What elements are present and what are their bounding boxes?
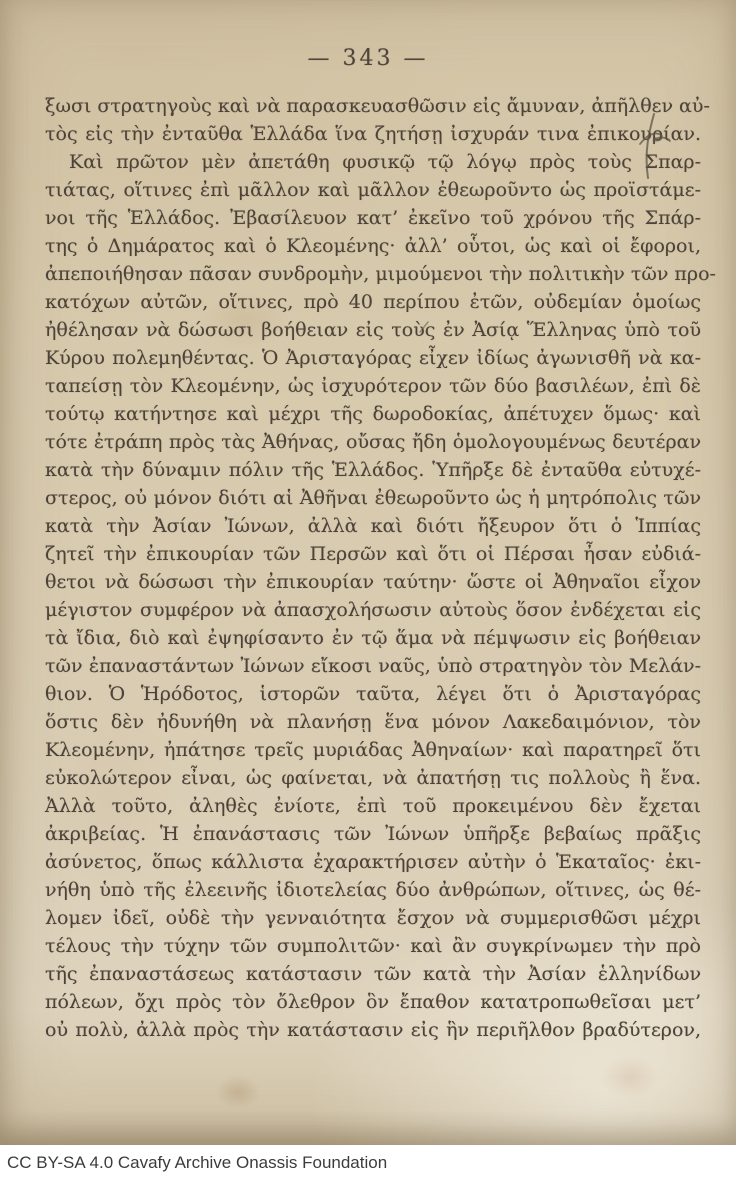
scanned-page: — 343 — ξωσι στρατηγοὺς καὶ νὰ παρασκευα… bbox=[0, 0, 736, 1145]
text-line: κατὰ τὴν δύναμιν πόλιν τῆς Ἑλλάδος. Ὑπῆρ… bbox=[45, 456, 701, 484]
text-line: Κύρου πολεμηθέντας. Ὁ Ἀρισταγόρας εἶχεν … bbox=[45, 344, 701, 372]
text-line: κατὰ τὴν Ἀσίαν Ἰώνων, ἀλλὰ καὶ διότι ἤξε… bbox=[45, 512, 701, 540]
text-line: Καὶ πρῶτον μὲν ἀπετάθη φυσικῷ τῷ λόγῳ πρ… bbox=[45, 148, 701, 176]
paper-stain bbox=[215, 1075, 261, 1109]
text-line: τιάτας, οἵτινες ἐπὶ μᾶλλον καὶ μᾶλλον ἐθ… bbox=[45, 176, 701, 204]
text-line: νοι τῆς Ἑλλάδος. Ἐβασίλευον κατ’ ἐκεῖνο … bbox=[45, 204, 701, 232]
text-line: ἀπεποιήθησαν πᾶσαν συνδρομὴν, μιμούμενοι… bbox=[45, 260, 701, 288]
paper-stain bbox=[600, 1055, 660, 1099]
page-number: — 343 — bbox=[0, 46, 736, 71]
text-line: τέλους τὴν τύχην τῶν συμπολιτῶν· καὶ ἂν … bbox=[45, 932, 701, 960]
text-line: ζητεῖ τὴν ἐπικουρίαν τῶν Περσῶν καὶ ὅτι … bbox=[45, 540, 701, 568]
text-line: πόλεων, ὄχι πρὸς τὸν ὄλεθρον ὃν ἔπαθον κ… bbox=[45, 988, 701, 1016]
text-line: στερος, οὐ μόνον διότι αἱ Ἀθῆναι ἐθεωροῦ… bbox=[45, 484, 701, 512]
text-line: της ὁ Δημάρατος καὶ ὁ Κλεομένης· ἀλλ’ οὗ… bbox=[45, 232, 701, 260]
text-line: Κλεομένην, ἠπάτησε τρεῖς μυριάδας Ἀθηναί… bbox=[45, 736, 701, 764]
text-line: θετοι νὰ δώσωσι τὴν ἐπικουρίαν ταύτην· ὥ… bbox=[45, 568, 701, 596]
text-line: ἠθέλησαν νὰ δώσωσι βοήθειαν εἰς τοὺς ἐν … bbox=[45, 316, 701, 344]
text-line: λομεν ἰδεῖ, οὐδὲ τὴν γενναιότητα ἔσχον ν… bbox=[45, 904, 701, 932]
text-line: ἀσύνετος, ὅπως κάλλιστα ἐχαρακτήρισεν αὐ… bbox=[45, 848, 701, 876]
text-line: τῆς ἐπαναστάσεως κατάστασιν τῶν κατὰ τὴν… bbox=[45, 960, 701, 988]
text-line: Ἀλλὰ τοῦτο, ἀληθὲς ἐνίοτε, ἐπὶ τοῦ προκε… bbox=[45, 792, 701, 820]
text-line: οὐ πολὺ, ἀλλὰ πρὸς τὴν κατάστασιν εἰς ἣν… bbox=[45, 1016, 701, 1044]
license-text: CC BY-SA 4.0 Cavafy Archive Onassis Foun… bbox=[0, 1153, 387, 1173]
text-line: τὰ ἴδια, διὸ καὶ ἐψηφίσαντο ἐν τῷ ἅμα νὰ… bbox=[45, 624, 701, 652]
text-line: τὸς εἰς τὴν ἐνταῦθα Ἑλλάδα ἵνα ζητήσῃ ἰσ… bbox=[45, 120, 701, 148]
text-line: εὐκολώτερον εἶναι, ὡς φαίνεται, νὰ ἀπατή… bbox=[45, 764, 701, 792]
text-line: ταπείσῃ τὸν Κλεομένην, ὡς ἰσχυρότερον τῶ… bbox=[45, 372, 701, 400]
text-line: ξωσι στρατηγοὺς καὶ νὰ παρασκευασθῶσιν ε… bbox=[45, 92, 701, 120]
text-line: κατόχων αὐτῶν, οἵτινες, πρὸ 40 περίπου ἐ… bbox=[45, 288, 701, 316]
text-line: θιον. Ὁ Ἡρόδοτος, ἱστορῶν ταῦτα, λέγει ὅ… bbox=[45, 680, 701, 708]
text-line: νήθη ὑπὸ τῆς ἐλεεινῆς ἰδιοτελείας δύο ἀν… bbox=[45, 876, 701, 904]
text-line: ὅστις δὲν ἠδυνήθη νὰ πλανήσῃ ἕνα μόνον Λ… bbox=[45, 708, 701, 736]
text-line: ἀκριβείας. Ἡ ἐπανάστασις τῶν Ἰώνων ὑπῆρξ… bbox=[45, 820, 701, 848]
text-line: τῶν ἐπαναστάντων Ἰώνων εἴκοσι ναῦς, ὑπὸ … bbox=[45, 652, 701, 680]
text-line: μέγιστον συμφέρον νὰ ἀπασχολήσωσιν αὐτοὺ… bbox=[45, 596, 701, 624]
text-line: τούτῳ κατήντησε καὶ μέχρι τῆς δωροδοκίας… bbox=[45, 400, 701, 428]
body-text: ξωσι στρατηγοὺς καὶ νὰ παρασκευασθῶσιν ε… bbox=[45, 92, 701, 1044]
license-bar: CC BY-SA 4.0 Cavafy Archive Onassis Foun… bbox=[0, 1145, 736, 1181]
text-line: τότε ἐτράπη πρὸς τὰς Ἀθήνας, οὔσας ἤδη ὁ… bbox=[45, 428, 701, 456]
